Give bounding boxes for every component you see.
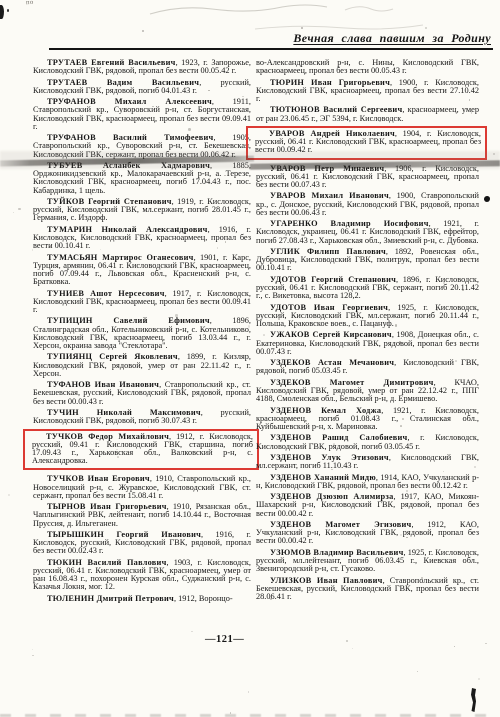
memorial-entry: УЗДЕНОВ Улук Этизович, Кисловодский ГВК,…	[256, 454, 479, 470]
noise-speck	[270, 598, 272, 600]
memorial-entry: УДОТОВ Георгий Степанович, 1896, г. Кисл…	[256, 276, 479, 301]
two-column-name-list: ТРУТАЕВ Евгений Васильевич, 1923, г. Зап…	[33, 59, 479, 606]
noise-speck	[478, 678, 480, 680]
noise-speck	[454, 646, 455, 647]
memorial-entry: УГАРЕНКО Владимир Иосифович, 1921, г. Ки…	[256, 220, 479, 245]
noise-speck	[96, 491, 98, 493]
memorial-entry: ТУМАРИН Николай Александрович, 1916, г. …	[33, 226, 251, 251]
ink-dot-icon	[484, 196, 490, 202]
noise-speck	[141, 505, 142, 507]
memorial-entry: УЗДЕНОВ Магомет Эгизович, 1912, КАО, Учк…	[256, 521, 479, 546]
ink-streak-icon	[471, 688, 476, 712]
noise-speck	[225, 241, 227, 242]
memorial-entry-highlighted: ТУЧКОВ Федор Михайлович, 1912, г. Кислов…	[23, 429, 259, 471]
noise-speck	[175, 314, 177, 317]
memorial-entry: ТЫРЫШКИН Георгий Иванович, 1916, г. Кисл…	[33, 531, 251, 556]
page-number: —121—	[205, 634, 244, 645]
memorial-entry: ТУЧИН Николай Максимович, русский, Кисло…	[33, 409, 251, 425]
memorial-entry: УЗДЕНОВ Рашид Салобиевич, г. Кисловодск,…	[256, 434, 479, 450]
noise-speck	[436, 308, 438, 311]
noise-speck	[177, 227, 179, 229]
noise-speck	[346, 640, 348, 642]
noise-speck	[116, 449, 117, 451]
noise-speck	[373, 425, 375, 427]
memorial-book-page: по Вечная слава павшим за Родину ТРУТАЕВ…	[0, 0, 500, 717]
memorial-entry: ТЮТЮНОВ Василий Сергеевич, красноармеец,…	[256, 106, 479, 122]
noise-speck	[399, 341, 401, 343]
left-column: ТРУТАЕВ Евгений Васильевич, 1923, г. Зап…	[33, 59, 251, 606]
noise-speck	[379, 120, 381, 122]
noise-speck	[333, 443, 335, 445]
noise-speck	[402, 418, 404, 420]
noise-speck	[188, 128, 190, 131]
memorial-entry: УЗДЕНОВ Хананий Мидю, 1914, КАО, Учкулан…	[256, 474, 479, 490]
memorial-entry: ТУПИЯНЦ Сергей Яковлевич, 1899, г. Кизля…	[33, 353, 251, 378]
memorial-entry: ТРУТАЕВ Евгений Васильевич, 1923, г. Зап…	[33, 59, 251, 75]
noise-speck	[301, 234, 303, 236]
noise-speck	[262, 70, 264, 72]
memorial-entry: УЗДЕНОВ Дзюзюп Алимирза, 1917, КАО, Мико…	[256, 493, 479, 518]
memorial-entry: ТЮЛЕНИН Дмитрий Петрович, 1912, Воронцо-	[33, 595, 251, 603]
memorial-entry: ТРУТАЕВ Вадим Васильевич, русский, Кисло…	[33, 79, 251, 95]
noise-speck	[152, 106, 154, 107]
memorial-entry: ТУМАСЬЯН Мартирос Оганесович, 1901, г. К…	[33, 254, 251, 287]
memorial-entry: УГЛИК Филипп Павлович, 1892, Ровенская о…	[256, 248, 479, 273]
memorial-entry: ТЮКИН Василий Павлович, 1903, г. Кислово…	[33, 559, 251, 592]
memorial-entry: УВАРОВ Михаил Иванович, 1900, Ставрополь…	[256, 192, 479, 217]
noise-speck	[443, 282, 445, 284]
memorial-entry: ТУФАНОВ Иван Иванович, Ставропольский кр…	[33, 381, 251, 406]
noise-speck	[455, 360, 457, 362]
memorial-entry: ТУЙКОВ Георгий Степанович, 1919, г. Кисл…	[33, 198, 251, 223]
memorial-entry: ТУЧКОВ Иван Егорович, 1910, Ставропольск…	[33, 475, 251, 500]
memorial-entry: УЗДЕКОВ Магомет Димитрович, КЧАО, Кислов…	[256, 379, 479, 404]
noise-speck	[191, 631, 193, 632]
noise-speck	[248, 325, 250, 327]
noise-speck	[67, 300, 69, 302]
noise-speck	[400, 534, 402, 535]
entry-details: во-Александровский р-н, с. Нины, Кислово…	[256, 58, 479, 75]
noise-speck	[417, 671, 418, 672]
noise-speck	[322, 238, 323, 239]
noise-speck	[248, 691, 250, 693]
memorial-entry: ТРУФАНОВ Михаил Алексеевич, 1911, Ставро…	[33, 98, 251, 131]
noise-speck	[32, 655, 33, 656]
noise-speck	[32, 649, 33, 650]
ink-speck-icon	[7, 9, 9, 12]
right-column: во-Александровский р-н, с. Нины, Кислово…	[256, 59, 479, 606]
memorial-entry: УЗДЕКОВ Астан Мечанович, Кисловодский ГВ…	[256, 359, 479, 375]
memorial-entry: во-Александровский р-н, с. Нины, Кислово…	[256, 59, 479, 75]
noise-speck	[400, 425, 402, 427]
noise-speck	[65, 162, 67, 164]
memorial-entry: ТЮРИН Иван Григорьевич, 1900, г. Кислово…	[256, 79, 479, 104]
memorial-entry: УЗДЕНОВ Кемал Ходжа, 1921, г. Кисловодск…	[256, 407, 479, 432]
noise-speck	[485, 643, 487, 645]
noise-speck	[52, 365, 54, 367]
memorial-entry: УЛИЗКОВ Иван Павлович, Ставропольский кр…	[256, 577, 479, 602]
noise-speck	[18, 208, 20, 210]
memorial-entry: УДОТОВ Иван Георгиевич, 1925, г. Кислово…	[256, 304, 479, 329]
entry-name: ТЮЛЕНИН Дмитрий Петрович	[47, 594, 174, 603]
memorial-entry: ТУНИЕВ Ашот Нерсесович, 1917, г. Кислово…	[33, 290, 251, 315]
noise-speck	[8, 494, 10, 496]
noise-speck	[263, 334, 265, 336]
memorial-entry: УЗЮМОВ Владимир Васильевич, 1925, г. Кис…	[256, 549, 479, 574]
entry-details: , 1912, Воронцо-	[174, 594, 233, 603]
pencil-note: по	[26, 0, 34, 6]
noise-speck	[352, 648, 353, 649]
memorial-entry: ТЫРНОВ Иван Григорьевич, 1910, Рязанская…	[33, 503, 251, 528]
noise-speck	[49, 246, 51, 248]
header-rule	[49, 48, 493, 50]
noise-speck	[13, 212, 14, 213]
memorial-entry: ТУПИЦИН Савелий Ефимович, 1896, Сталингр…	[33, 317, 251, 350]
page-header-title: Вечная слава павшим за Родину	[293, 31, 491, 46]
memorial-entry: УЖАКОВ Сергей Кирсанович, 1908, Донецкая…	[256, 331, 479, 356]
